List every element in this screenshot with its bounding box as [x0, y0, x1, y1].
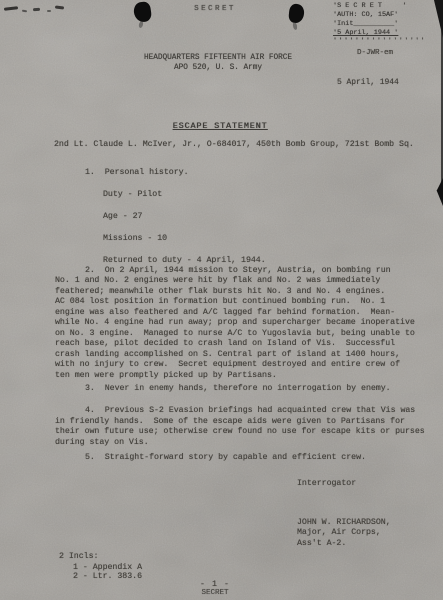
punch-hole-right: [288, 3, 305, 23]
page-edge-notch: [436, 178, 443, 206]
reference-initials: D-JWR-em: [357, 49, 393, 57]
punch-hole-left-smudge: [138, 21, 144, 29]
pencil-mark: [22, 10, 27, 13]
para2-line: ten men were promptly picked up by Parti…: [55, 371, 433, 381]
para2-mission-narrative: 2. On 2 April, 1944 mission to Steyr, Au…: [55, 266, 433, 381]
subject-line: 2nd Lt. Claude L. McIver, Jr., O-684017,…: [54, 140, 414, 149]
stamp-bottom-border: ''''''''''''''''': [333, 38, 441, 45]
pencil-mark: [4, 6, 18, 10]
pencil-mark: [55, 5, 64, 9]
para1-item-returned: Returned to duty - 4 April, 1944.: [103, 256, 266, 265]
interrogator-label: Interrogator: [297, 479, 356, 488]
enclosure-item-2: 2 - Ltr. 383.6: [73, 572, 142, 581]
para5-assessment: 5. Straight-forward story by capable and…: [55, 453, 366, 462]
signature-name: JOHN W. RICHARDSON,: [297, 518, 391, 528]
para1-item-duty: Duty - Pilot: [103, 190, 162, 199]
para2-line: No. 1 and No. 2 engines were hit by flak…: [55, 276, 433, 286]
secret-auth-stamp: 'S E C R E T ' 'AUTH: CO, 15AF' 'Init___…: [333, 2, 441, 45]
pencil-mark: [33, 8, 40, 11]
scanned-document-page: SECRET 'S E C R E T ' 'AUTH: CO, 15AF' '…: [0, 0, 443, 600]
para4-line: during stay on Vis.: [55, 438, 433, 449]
para4-line: 4. Previous S-2 Evasion briefings had ac…: [55, 406, 433, 417]
para4-evasion-briefing: 4. Previous S-2 Evasion briefings had ac…: [55, 406, 433, 448]
para2-line: 2. On 2 April, 1944 mission to Steyr, Au…: [55, 266, 433, 276]
classification-header: SECRET: [150, 5, 280, 13]
letterhead-apo: APO 520, U. S. Army: [118, 64, 318, 74]
para1-heading: 1. Personal history.: [55, 168, 189, 177]
enclosures-heading: 2 Incls:: [59, 552, 98, 561]
pencil-mark: [47, 10, 51, 12]
para2-line: while No. 4 engine had run away; prop an…: [55, 318, 433, 328]
punch-hole-right-smudge: [292, 22, 298, 31]
para1-item-age: Age - 27: [103, 212, 142, 221]
page-number: - 1 -: [150, 580, 280, 589]
para4-line: in friendly hands. Some of the escape ai…: [55, 417, 433, 428]
para2-line: crash landing accomplished on S. Central…: [55, 350, 433, 360]
letterhead-org: HEADQUARTERS FIFTEENTH AIR FORCE: [118, 54, 318, 64]
signature-role: Ass't A-2.: [297, 539, 391, 549]
document-title: ESCAPE STATEMENT: [140, 121, 300, 131]
stamp-line-secret: 'S E C R E T ': [333, 2, 441, 11]
para2-line: feathered; meanwhile other flak bursts h…: [55, 287, 433, 297]
signature-block: JOHN W. RICHARDSON, Major, Air Corps, As…: [297, 518, 391, 549]
stamp-line-init: 'Init__________': [333, 20, 441, 29]
para3-statement: 3. Never in enemy hands, therefore no in…: [55, 384, 391, 393]
letterhead: HEADQUARTERS FIFTEENTH AIR FORCE APO 520…: [118, 54, 318, 73]
document-date: 5 April, 1944: [337, 78, 399, 87]
stamp-line-auth: 'AUTH: CO, 15AF': [333, 11, 441, 20]
enclosure-item-1: 1 - Appendix A: [73, 563, 142, 572]
para2-line: AC 084 lost position in formation but co…: [55, 297, 433, 307]
signature-rank: Major, Air Corps,: [297, 528, 391, 538]
para2-line: reach base, pilot decided to crash land …: [55, 339, 433, 349]
para2-line: on No. 3 engine. Managed to nurse A/C to…: [55, 329, 433, 339]
classification-footer: SECRET: [150, 589, 280, 597]
para2-line: engine was also feathered and A/C lagged…: [55, 308, 433, 318]
para2-line: with no injury to crew. Secret equipment…: [55, 360, 433, 370]
para4-line: their own future use; otherwise crew fou…: [55, 427, 433, 438]
para1-item-missions: Missions - 10: [103, 234, 167, 243]
